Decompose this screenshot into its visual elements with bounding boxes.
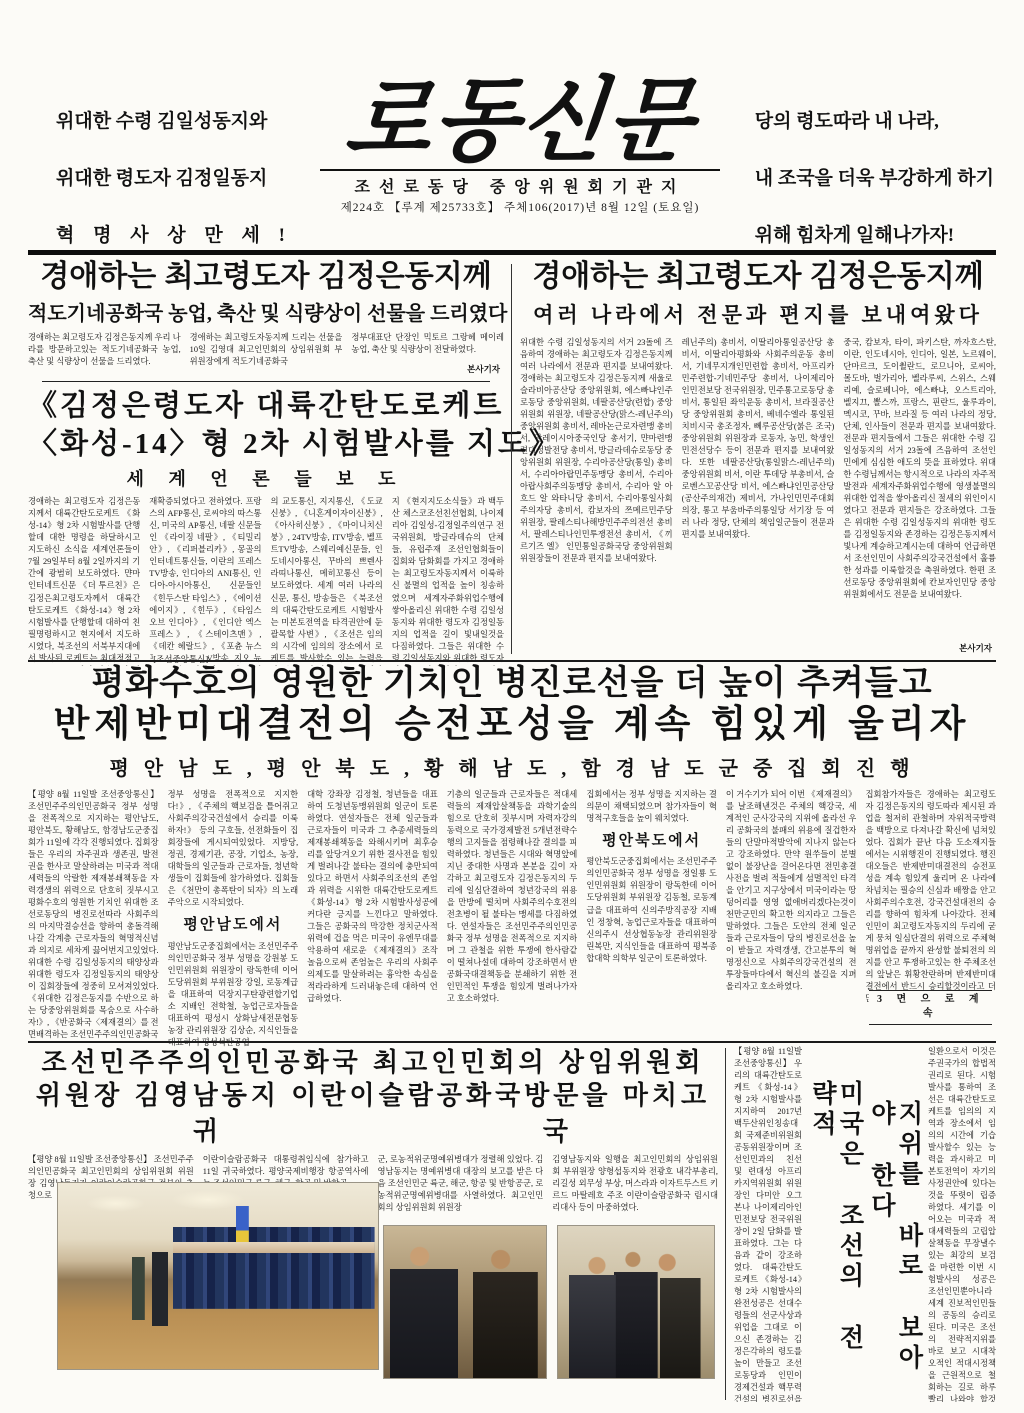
article-gift-and-icbm: 경애하는 최고령도자 김정은동지께 적도기네공화국 농업, 축산 및 식량상이 … [28,260,504,666]
icbm-article-body: 경애하는 최고령도자 김정은동지께서 대륙간탄도로케트 《화성-14》형 2차 … [28,496,504,666]
letters-col-2: 레닌주의) 총비서, 이딸리아통일공산당 총비서, 이딸리아평화와 사회주의운동… [682,337,835,655]
masthead-title-block: 로동신문 조선로동당 중앙위원회기관지 제224호 【루계 제25733호】 주… [320,72,720,215]
row1-row2-rule [28,660,996,662]
letters-byline: 본사기자 [953,642,992,654]
row2-row3-rule [28,1041,996,1043]
us-vertical-headline-line1: 미국은 조선의 전략적 [808,1080,863,1380]
rally-subhead: 평 안 남 도 , 평 안 북 도 , 황 해 남 도 , 함 경 남 도 군 … [28,752,996,781]
rally-subhead-south: 평안남도에서 [168,915,299,937]
gift-article-headline: 경애하는 최고령도자 김정은동지께 [28,260,504,293]
continued-on-page3: 3 면 으 로 계 속 [869,990,992,1025]
rally-col-2: 정부 성명을 전폭적으로 지지한다!》, 《주체의 핵보검을 틀어쥐고 사회주의… [168,789,299,1051]
photo-honor-guard-inspection [57,1182,379,1370]
rally-headline-line1: 평화수호의 영원한 기치인 병진로선을 더 높이 추켜들고 [28,664,996,703]
icbm-subhead: 세 계 언 론 들 보 도 [28,465,504,491]
left-slogan-line1: 위대한 수령 김일성동지와 [56,106,292,133]
bottom-articles-row: 조선민주주의인민공화국 최고인민회의 상임위원회 위원장 김영남동지 이란이슬람… [28,1046,996,1408]
letters-col-1: 위대한 수령 김일성동지의 서거 23돌에 즈음하여 경애하는 최고령도자 김정… [520,337,673,655]
return-headline-line3: 귀 국 [28,1111,718,1148]
icbm-col-1: 경애하는 최고령도자 김정은동지께서 대륙간탄도로케트 《화성-14》형 2차 … [28,496,140,666]
return-headline-char-left: 귀 [193,1111,218,1148]
row1-vertical-rule [511,264,512,654]
rally-subhead-north: 평안북도에서 [586,831,717,853]
rally-col-1-text: 【평양 8월 11일발 조선중앙통신】 조선민주주의인민공화국 정부 성명을 전… [28,790,159,1039]
rally-col-6-text: 이 거수기가 되어 이번 《제재결의》를 날조해낸것은 주체의 핵강국, 세계적… [726,790,857,991]
rally-col-5: 집회에서는 정부 성명을 지지하는 결의문이 채택되였으며 참가자들이 혁명적구… [586,789,717,1051]
newspaper-page: 위대한 수령 김일성동지와 위대한 령도자 김정일동지 혁 명 사 상 만 세 … [0,0,1024,1413]
gift-col-3-text: 정부대표단 단장인 믹토르 그랑헤 메이레 농업, 축산 및 식량상이 전달하였… [351,333,504,354]
icbm-col-2: 재확증되였다고 전하였다. 프랑스의 AFP통신, 로씨야의 따스통신, 미국의… [149,496,261,666]
right-slogan-line3: 위해 힘차게 일해나가자! [755,220,994,247]
right-slogan-line1: 당의 령도따라 내 나라, [755,106,994,133]
gift-article-body: 경애하는 최고령도자 김정은동지께 우리 나라를 방문하고있는 적도기네공화국 … [28,332,504,376]
rally-col-1: 【평양 8월 11일발 조선중앙통신】 조선민주주의인민공화국 정부 성명을 전… [28,789,159,1051]
us-col-2: 일환으로서 이것은 주권국가의 합법적권리로 된다. 시험발사를 통하여 조선은… [928,1046,996,1402]
us-vertical-headline: 미국은 조선의 전략적 지위를 바로 보아야 한다 [808,1046,922,1408]
letters-col-3-text: 중국, 캄보자, 타이, 파키스탄, 까자흐스탄, 이란, 인도네시아, 인디아… [843,338,996,599]
rally-col-3: 대학 강좌장 김정철, 청년들을 대표하여 도청년동맹위원회 일군이 토론하였다… [307,789,438,1051]
rally-col-4: 기층의 일군들과 근로자들은 적대세력들의 제재압살책동을 과학기술의 힘으로 … [447,789,578,1051]
masthead-rule [28,250,996,255]
gift-col-3: 정부대표단 단장인 믹토르 그랑헤 메이레 농업, 축산 및 식량상이 전달하였… [351,332,504,376]
left-slogan-line2: 위대한 령도자 김정일동지 [56,163,292,190]
article-letters: 경애하는 최고령도자 김정은동지께 여러 나라에서 전문과 편지를 보내여왔다 … [520,260,996,655]
icbm-col-3: 의 교도통신, 지지통신, 《도쿄신붕》, 《니혼게이자이신붕》, 《아사히신붕… [271,496,383,666]
letters-headline: 경애하는 최고령도자 김정은동지께 [520,260,996,293]
article-us-statement: 【평양 8월 11일발 조선중앙통신】 우리의 대륙간탄도로케트 《화성-14》… [734,1046,996,1408]
gift-byline: 본사기자 [461,363,500,375]
icbm-col-2-text: 재확증되였다고 전하였다. 프랑스의 AFP통신, 로씨야의 따스통신, 미국의… [149,497,261,666]
paper-title: 로동신문 [314,70,725,175]
rally-body: 【평양 8월 11일발 조선중앙통신】 조선민주주의인민공화국 정부 성명을 전… [28,789,996,1051]
us-vertical-headline-line2: 지위를 바로 보아야 한다 [867,1080,922,1400]
photo-airport-welcome [557,1225,715,1379]
gift-icbm-divider [42,381,490,382]
rally-col-7: 집회참가자들은 경애하는 최고령도자 김정은동지의 령도따라 제시된 과업을 철… [865,789,996,1051]
rally-col-3-text: 대학 강좌장 김정철, 청년들을 대표하여 도청년동맹위원회 일군이 토론하였다… [307,790,438,1003]
return-headline-line2: 위원장 김영남동지 이란이슬람공화국방문을 마치고 [28,1079,718,1112]
masthead: 위대한 수령 김일성동지와 위대한 령도자 김정일동지 혁 명 사 상 만 세 … [28,78,996,250]
photo-greeting-handshake [383,1225,547,1379]
rally-col-6: 이 거수기가 되어 이번 《제재결의》를 날조해낸것은 주체의 핵강국, 세계적… [726,789,857,1051]
bottom-vertical-rule [725,1048,726,1400]
rally-col-5-text-a: 집회에서는 정부 성명을 지지하는 결의문이 채택되였으며 참가자들이 혁명적구… [586,790,717,823]
gift-col-1: 경애하는 최고령도자 김정은동지께 우리 나라를 방문하고있는 적도기네공화국 … [28,332,181,376]
rally-col-5-text-b: 평안북도군중집회에서는 조선민주주의인민공화국 정부 성명을 정일룡 도인민위원… [586,857,717,962]
rally-headline-line2: 반제반미대결전의 승전포성을 계속 힘있게 울리자 [28,703,996,746]
us-col-1: 【평양 8월 11일발 조선중앙통신】 우리의 대륙간탄도로케트 《화성-14》… [734,1046,802,1402]
date-line: 제224호 【루계 제25733호】 주체106(2017)년 8월 12일 (… [320,199,720,215]
rally-col-2-text-a: 정부 성명을 전폭적으로 지지한다!》, 《주체의 핵보검을 틀어쥐고 사회주의… [168,790,299,907]
rally-col-2-text-b: 평안남도군중집회에서는 조선민주주의인민공화국 정부 성명을 강원봉 도인민위원… [168,942,299,1047]
article-return: 조선민주주의인민공화국 최고인민회의 상임위원회 위원장 김영남동지 이란이슬람… [28,1046,718,1408]
right-slogan-line2: 내 조국을 더욱 부강하게 하기 [755,163,994,190]
letters-subhead: 여러 나라에서 전문과 편지를 보내여왔다 [520,299,996,329]
icbm-col-4: 지 《현지지도소식들》과 백두산 체스코조선친선협회, 나이제리아 김일성-김정… [392,496,504,666]
return-headline-char-right: 국 [543,1111,568,1148]
rally-col-7-text: 집회참가자들은 경애하는 최고령도자 김정은동지의 령도따라 제시된 과업을 철… [865,790,996,1003]
article-rally: 평화수호의 영원한 기치인 병진로선을 더 높이 추켜들고 반제반미대결전의 승… [28,664,996,1040]
return-headline-line1: 조선민주주의인민공화국 최고인민회의 상임위원회 [28,1046,718,1079]
gift-article-subhead: 적도기네공화국 농업, 축산 및 식량상이 선물을 드리였다 [28,297,504,326]
icbm-headline-line1: 《김정은령도자 대륙간탄도로케트 [28,388,504,426]
icbm-headline-line2: 〈화성-14〉형 2차 시험발사를 지도》 [28,426,504,464]
letters-col-3: 중국, 캄보자, 타이, 파키스탄, 까자흐스탄, 이란, 인도네시아, 인디아… [843,337,996,655]
top-articles-row: 경애하는 최고령도자 김정은동지께 적도기네공화국 농업, 축산 및 식량상이 … [28,260,996,658]
rally-col-4-text: 기층의 일군들과 근로자들은 적대세력들의 제재압살책동을 과학기술의 힘으로 … [447,790,578,1003]
left-slogan-line3: 혁 명 사 상 만 세 ! [56,220,292,247]
gift-col-2: 경애하는 최고령도자동지께 드리는 선물을 10일 김영대 최고인민회의 상임위… [190,332,343,376]
letters-body: 위대한 수령 김일성동지의 서거 23돌에 즈음하여 경애하는 최고령도자 김정… [520,337,996,655]
